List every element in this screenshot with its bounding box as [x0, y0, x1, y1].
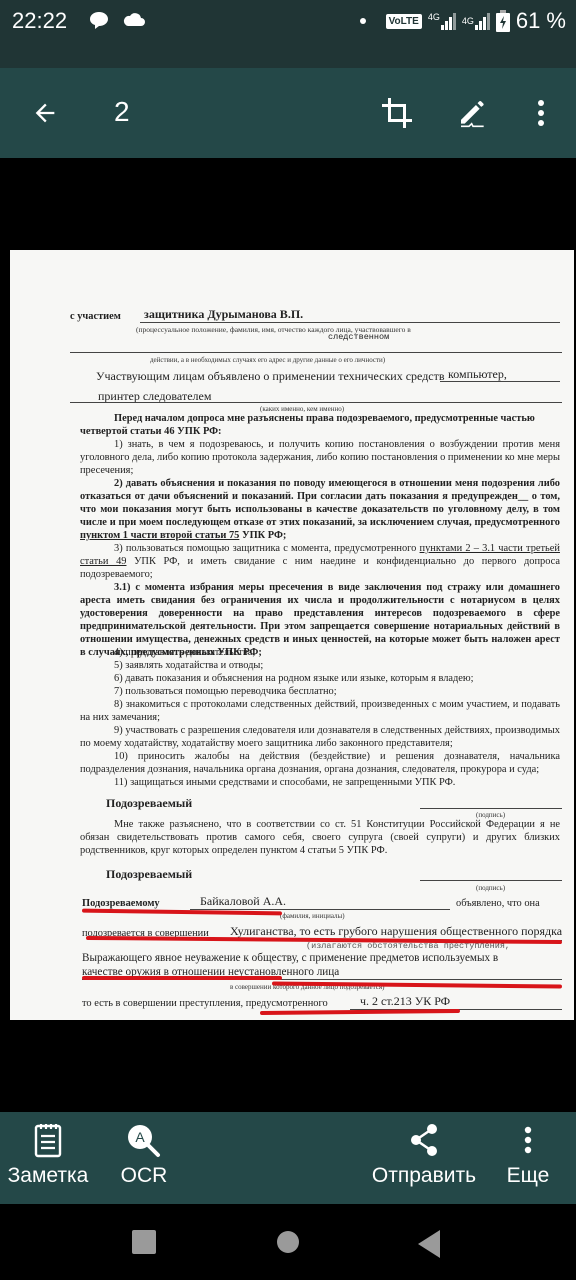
volte-badge: VoLTE	[386, 14, 422, 29]
right-10: 10) приносить жалобы на действия (бездей…	[80, 750, 560, 776]
right-9: 9) участвовать с разрешения следователя …	[80, 724, 560, 750]
edit-button[interactable]	[450, 90, 496, 136]
caption: следственном	[328, 331, 389, 344]
right-3: 3) пользоваться помощью защитника с моме…	[80, 542, 560, 581]
crime-value: ч. 2 ст.213 УК РФ	[360, 995, 450, 1008]
system-nav-bar	[0, 1204, 576, 1280]
participation-label: с участием	[70, 310, 121, 323]
ocr-search-icon: A	[124, 1122, 164, 1158]
signature-caption: (подпись)	[476, 882, 505, 895]
tech-value: компьютер,	[448, 368, 507, 381]
right-2: 2) давать объяснения и показания по пово…	[80, 477, 560, 542]
tech-label: Участвующим лицам объявлено о применении…	[96, 370, 445, 383]
recents-square-icon	[132, 1230, 156, 1254]
suspect-label-2: Подозреваемый	[106, 868, 192, 881]
chat-bubble-icon	[88, 10, 110, 30]
back-nav-button[interactable]	[418, 1230, 442, 1263]
share-icon	[409, 1122, 439, 1158]
crime-label: то есть в совершении преступления, преду…	[82, 997, 328, 1010]
cloud-icon	[122, 10, 146, 28]
ocr-button[interactable]: A OCR	[114, 1122, 174, 1188]
more-vert-icon	[536, 98, 546, 128]
home-circle-icon	[276, 1230, 300, 1254]
battery-percent: 61 %	[516, 8, 566, 34]
send-label: Отправить	[372, 1164, 476, 1188]
constitution-notice: Мне также разъяснено, что в соответствии…	[80, 818, 560, 857]
suspected-value: Хулиганства, то есть грубого нарушения о…	[230, 925, 562, 938]
red-highlight	[82, 976, 282, 980]
suspected-value-2: Выражающего явное неуважение к обществу,…	[82, 952, 562, 965]
back-triangle-icon	[418, 1230, 442, 1258]
caption: (фамилия, инициалы)	[280, 910, 345, 923]
rights-intro-2: четвертой статьи 46 УПК РФ:	[80, 425, 222, 438]
document-viewer[interactable]: с участием защитника Дурыманова В.П. (пр…	[0, 158, 576, 1112]
more-label: Еще	[507, 1164, 550, 1188]
participation-value: защитника Дурыманова В.П.	[144, 308, 303, 321]
more-options-button[interactable]	[518, 90, 564, 136]
recents-button[interactable]	[132, 1230, 156, 1259]
signal-icon-sim2: 4G	[462, 12, 490, 30]
bottom-action-bar: Заметка A OCR Отправить Еще	[0, 1112, 576, 1204]
signal-icon-sim1: 4G	[428, 12, 456, 30]
addressee-name: Байкаловой А.А.	[200, 895, 286, 908]
status-time: 22:22	[12, 8, 67, 34]
edit-pencil-icon	[457, 97, 489, 129]
top-toolbar: 2	[0, 68, 576, 158]
red-highlight	[260, 1009, 460, 1015]
more-vert-icon	[523, 1122, 533, 1158]
right-4: 4) представлять доказательства;	[114, 646, 255, 659]
note-label: Заметка	[8, 1164, 89, 1188]
document-page: с участием защитника Дурыманова В.П. (пр…	[10, 250, 574, 1020]
home-button[interactable]	[276, 1230, 300, 1259]
arrow-left-icon	[31, 99, 59, 127]
send-button[interactable]: Отправить	[366, 1122, 482, 1188]
right-7: 7) пользоваться помощью переводчика бесп…	[114, 685, 337, 698]
status-bar: 22:22 VoLTE 4G 4G 61 %	[0, 0, 576, 68]
ocr-label: OCR	[121, 1164, 168, 1188]
caption: действии, а в необходимых случаях его ад…	[150, 354, 385, 367]
back-button[interactable]	[22, 90, 68, 136]
right-6: 6) давать показания и объяснения на родн…	[114, 672, 474, 685]
right-11: 11) защищаться иными средствами и способ…	[114, 776, 455, 789]
svg-text:A: A	[135, 1129, 145, 1145]
battery-charging-icon	[496, 10, 510, 32]
right-1: 1) знать, в чем я подозреваюсь, и получи…	[80, 438, 560, 477]
note-button[interactable]: Заметка	[4, 1122, 92, 1188]
crop-button[interactable]	[374, 90, 420, 136]
right-8: 8) знакомиться с протоколами следственны…	[80, 698, 560, 724]
page-title: 2	[114, 96, 130, 128]
rights-intro: Перед началом допроса мне разъяснены пра…	[114, 412, 535, 425]
more-button[interactable]: Еще	[500, 1122, 556, 1188]
crop-icon	[379, 95, 415, 131]
right-5: 5) заявлять ходатайства и отводы;	[114, 659, 263, 672]
suspect-label: Подозреваемый	[106, 797, 192, 810]
addressee-tail: объявлено, что она	[456, 897, 540, 910]
notification-dot-icon	[360, 18, 366, 24]
notepad-icon	[33, 1122, 63, 1158]
